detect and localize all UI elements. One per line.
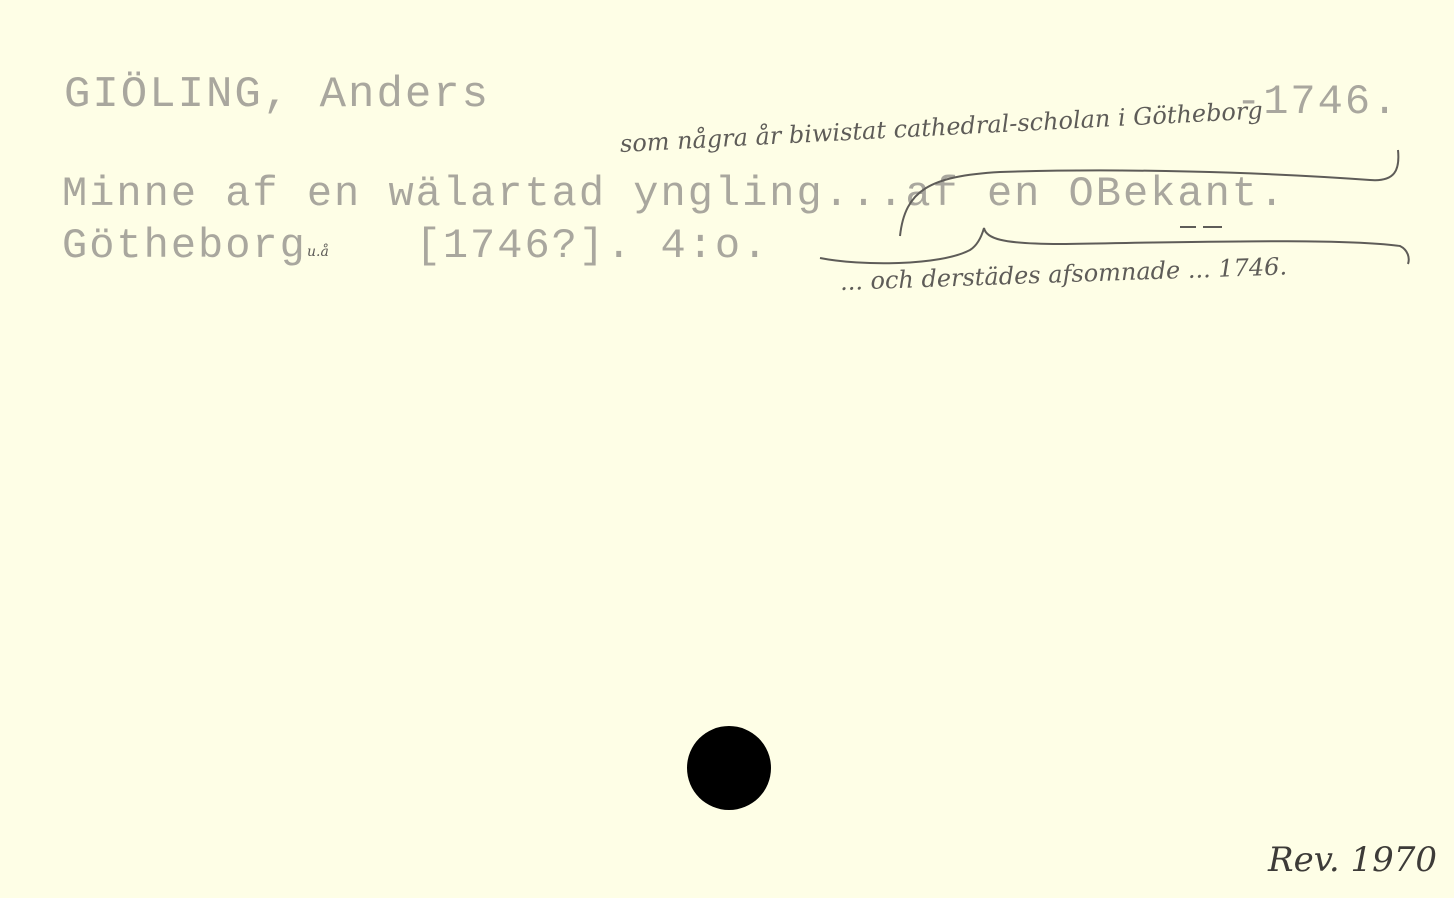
punch-hole xyxy=(687,726,771,810)
handwritten-insert-top: som några år biwistat cathedral-scholan … xyxy=(619,96,1263,158)
imprint-annotation: u.å xyxy=(307,244,329,260)
revision-note: Rev. 1970 xyxy=(1268,840,1437,880)
title-line-1: Minne af en wälartad yngling...af en OBe… xyxy=(62,170,1286,218)
handwritten-insert-bottom: ... och derstädes afsomnade ... 1746. xyxy=(840,252,1288,296)
author-heading: GIÖLING, Anders xyxy=(64,70,490,120)
catalog-card: GIÖLING, Anders -1746. som några år biwi… xyxy=(0,0,1454,898)
title-line-2: Götheborg [1746?]. 4:o. xyxy=(62,222,769,270)
